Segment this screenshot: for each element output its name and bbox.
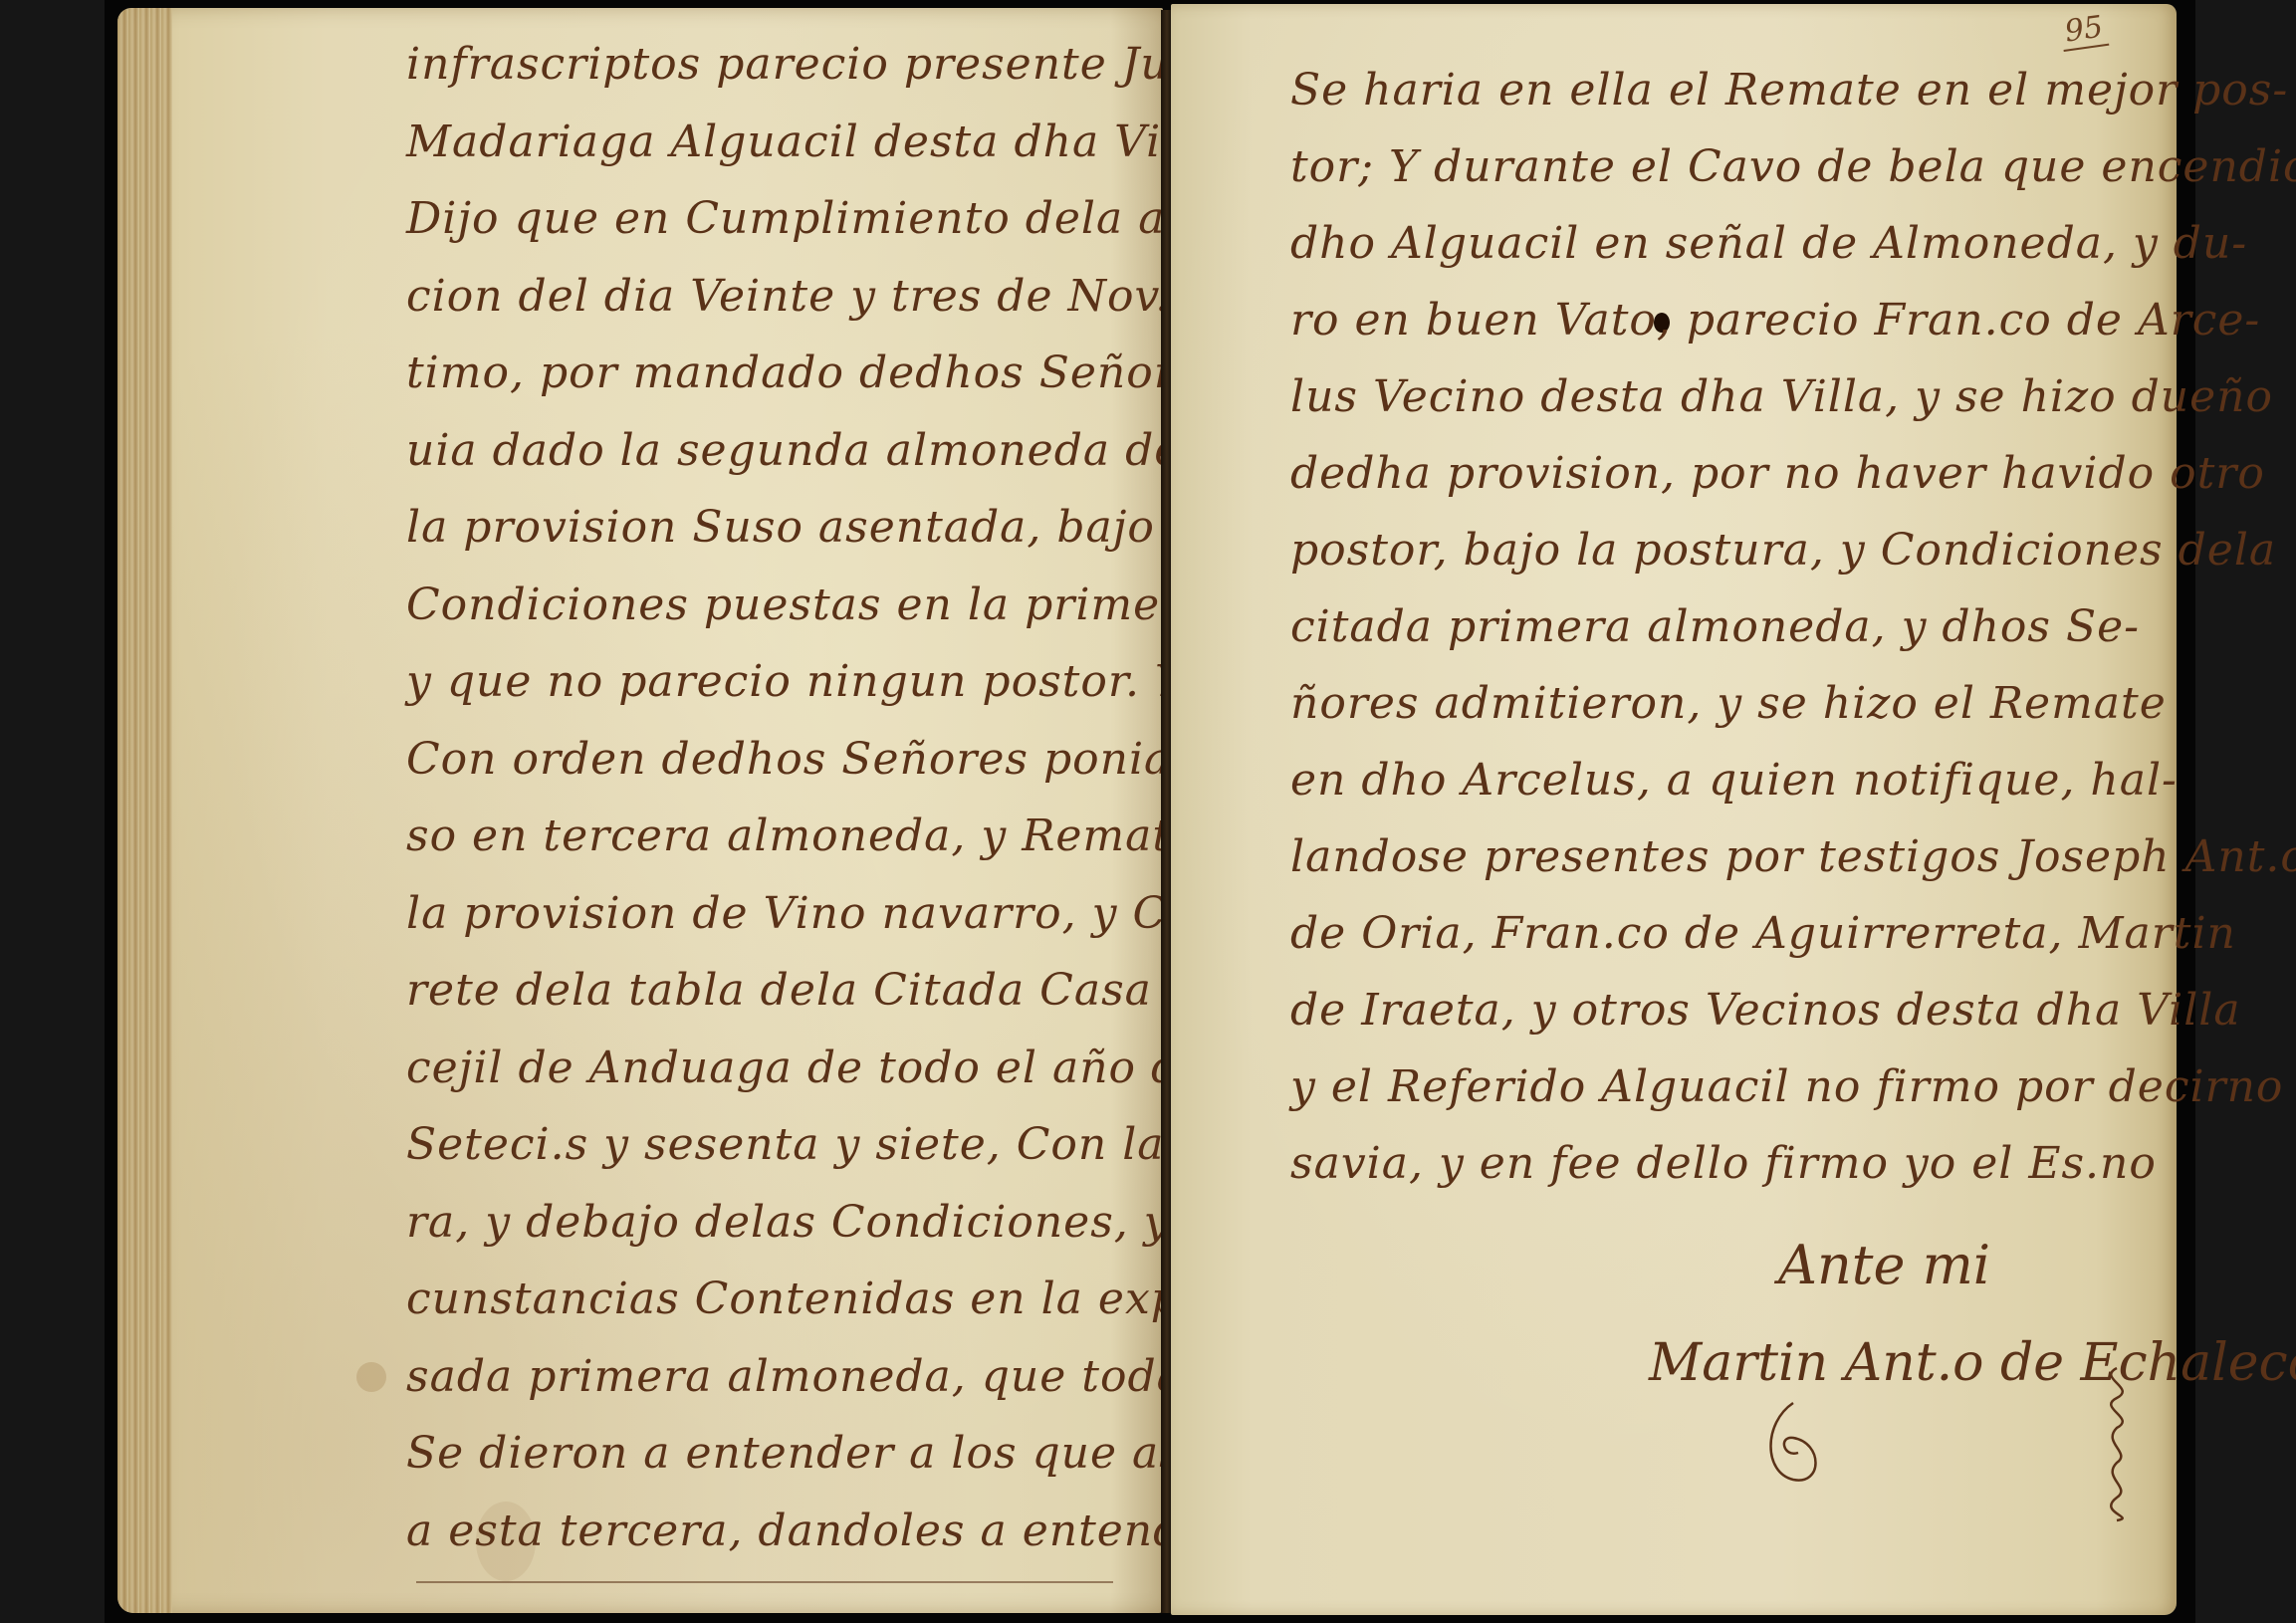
text-line: en dho Arcelus, a quien notifique, hal- — [1290, 742, 2147, 818]
text-line: tor; Y durante el Cavo de bela que encen… — [1290, 128, 2147, 205]
text-line: cunstancias Contenidas en la expre- — [406, 1261, 1143, 1338]
text-line: Seteci.s y sesenta y siete, Con la postu… — [406, 1106, 1143, 1184]
text-line: Dijo que en Cumplimiento dela asigna — [406, 180, 1143, 258]
text-line: Con orden dedhos Señores ponia, y pu — [406, 721, 1143, 799]
text-line: ro en buen Vato, parecio Fran.co de Arce… — [1290, 282, 2147, 358]
text-line: Condiciones puestas en la primera, — [406, 567, 1143, 644]
text-line: sada primera almoneda, que todas — [406, 1338, 1143, 1416]
text-line: y que no parecio ningun postor. Y para — [406, 643, 1143, 721]
text-line: infrascriptos parecio presente Juan de — [406, 26, 1143, 104]
text-line: Se haria en ella el Remate en el mejor p… — [1290, 52, 2147, 128]
text-line: ñores admitieron, y se hizo el Remate — [1290, 665, 2147, 742]
text-line: cion del dia Veinte y tres de Nov.re ul- — [406, 258, 1143, 336]
right-page-text: Se haria en ella el Remate en el mejor p… — [1290, 52, 2147, 1202]
signature-ante-mi: Ante mi — [1778, 1234, 1990, 1296]
text-line: rete dela tabla dela Citada Casa Con — [406, 952, 1143, 1030]
text-line: la provision de Vino navarro, y Cla- — [406, 875, 1143, 953]
signature-notary: Martin Ant.o de Echaleco — [1649, 1333, 2296, 1393]
text-line: de Iraeta, y otros Vecinos desta dha Vil… — [1290, 972, 2147, 1048]
text-line: uia dado la segunda almoneda de — [406, 412, 1143, 490]
signature-block: Ante mi Martin Ant.o de Echaleco — [1649, 1214, 2167, 1542]
text-line: dho Alguacil en señal de Almoneda, y du- — [1290, 205, 2147, 282]
right-page: 95 Se haria en ella el Remate en el mejo… — [1171, 4, 2177, 1615]
text-line: la provision Suso asentada, bajo las — [406, 489, 1143, 567]
left-page: infrascriptos parecio presente Juan de M… — [117, 8, 1163, 1613]
text-line: cejil de Anduaga de todo el año de mil — [406, 1030, 1143, 1107]
text-line: y el Referido Alguacil no firmo por deci… — [1290, 1048, 2147, 1125]
text-line: postor, bajo la postura, y Condiciones d… — [1290, 512, 2147, 588]
manuscript-viewer: infrascriptos parecio presente Juan de M… — [0, 0, 2296, 1623]
text-line: Madariaga Alguacil desta dha Villa, y — [406, 104, 1143, 181]
text-line: ra, y debajo delas Condiciones, y Cir- — [406, 1184, 1143, 1262]
text-line: savia, y en fee dello firmo yo el Es.no — [1290, 1125, 2147, 1202]
text-line: landose presentes por testigos Joseph An… — [1290, 818, 2147, 895]
text-line: dedha provision, por no haver havido otr… — [1290, 435, 2147, 512]
page-stack-edge — [117, 8, 172, 1613]
text-line: Se dieron a entender a los que asistiero… — [406, 1415, 1143, 1493]
text-line: lus Vecino desta dha Villa, y se hizo du… — [1290, 358, 2147, 435]
text-line: timo, por mandado dedhos Señores ha- — [406, 335, 1143, 412]
ink-rule — [416, 1581, 1113, 1583]
text-line: a esta tercera, dandoles a entender — [406, 1493, 1143, 1570]
left-page-text: infrascriptos parecio presente Juan de M… — [406, 26, 1143, 1569]
text-line: citada primera almoneda, y dhos Se- — [1290, 588, 2147, 665]
text-line: de Oria, Fran.co de Aguirrerreta, Martin — [1290, 895, 2147, 972]
folio-number: 95 — [2058, 9, 2109, 52]
rubric-loop-icon — [1758, 1398, 1828, 1488]
text-line: so en tercera almoneda, y Remate — [406, 798, 1143, 875]
rubric-flourish-icon — [2087, 1363, 2147, 1522]
paper-stain — [356, 1362, 386, 1392]
